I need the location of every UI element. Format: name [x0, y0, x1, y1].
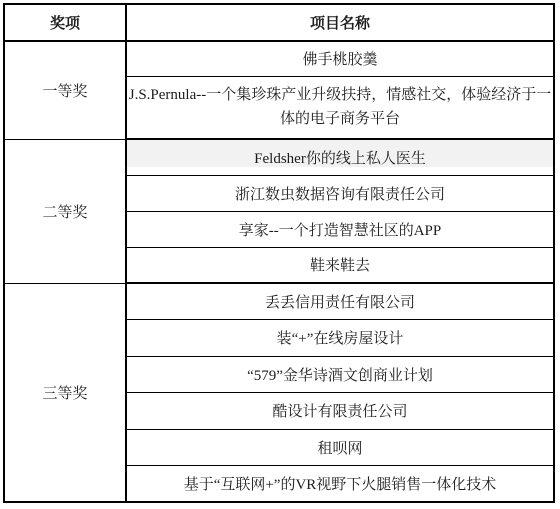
table-row: 一等奖 佛手桃胶羹 — [4, 41, 554, 76]
project-cell: 浙江数虫数据咨询有限责任公司 — [126, 175, 554, 211]
project-cell: 佛手桃胶羹 — [126, 41, 554, 76]
project-cell: J.S.Pernula--一个集珍珠产业升级扶持，情感社交，体验经济于一体的电子… — [126, 76, 554, 139]
project-cell: 丢丢信用责任有限公司 — [126, 283, 554, 319]
project-cell-highlighted: Feldsher你的线上私人医生 — [126, 139, 554, 175]
award-cell-first-prize: 一等奖 — [4, 41, 126, 139]
table-row: 三等奖 丢丢信用责任有限公司 — [4, 283, 554, 319]
award-cell-second-prize: 二等奖 — [4, 139, 126, 283]
table-header-row: 奖项 项目名称 — [4, 4, 554, 41]
project-cell: “579”金华诗酒文创商业计划 — [126, 356, 554, 392]
table-row: 二等奖 Feldsher你的线上私人医生 — [4, 139, 554, 175]
award-cell-third-prize: 三等奖 — [4, 283, 126, 502]
project-cell: 鞋来鞋去 — [126, 247, 554, 283]
project-cell: 装“+”在线房屋设计 — [126, 319, 554, 356]
project-cell: 享家--一个打造智慧社区的APP — [126, 211, 554, 247]
header-cell-award: 奖项 — [4, 4, 126, 41]
project-cell: 基于“互联网+”的VR视野下火腿销售一体化技术 — [126, 465, 554, 502]
page: 奖项 项目名称 一等奖 佛手桃胶羹 J.S.Pernula--一个集珍珠产业升级… — [0, 0, 560, 509]
project-cell: 酷设计有限责任公司 — [126, 392, 554, 429]
awards-table: 奖项 项目名称 一等奖 佛手桃胶羹 J.S.Pernula--一个集珍珠产业升级… — [3, 3, 555, 503]
project-cell: 租呗网 — [126, 429, 554, 465]
header-cell-project: 项目名称 — [126, 4, 554, 41]
